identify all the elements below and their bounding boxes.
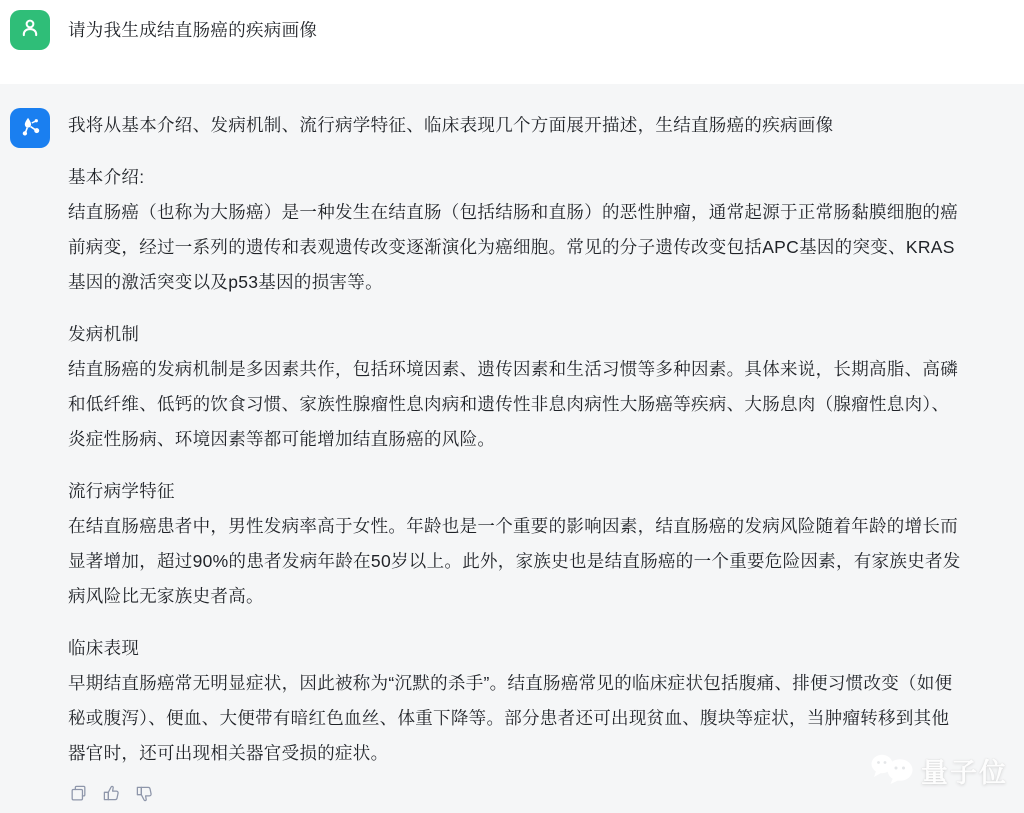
thumbs-up-icon bbox=[102, 784, 121, 806]
assistant-intro: 我将从基本介绍、发病机制、流行病学特征、临床表现几个方面展开描述，生结直肠癌的疾… bbox=[68, 108, 966, 143]
section-heading: 基本介绍: bbox=[68, 160, 966, 195]
section-heading: 发病机制 bbox=[68, 317, 966, 352]
section-body: 结直肠癌（也称为大肠癌）是一种发生在结直肠（包括结肠和直肠）的恶性肿瘤，通常起源… bbox=[68, 195, 966, 300]
user-avatar bbox=[10, 10, 50, 50]
assistant-message-row: 我将从基本介绍、发病机制、流行病学特征、临床表现几个方面展开描述，生结直肠癌的疾… bbox=[0, 84, 1024, 813]
assistant-avatar bbox=[10, 108, 50, 148]
thumbs-up-button[interactable] bbox=[101, 785, 121, 805]
section-clinical: 临床表现 早期结直肠癌常无明显症状，因此被称为“沉默的杀手”。结直肠癌常见的临床… bbox=[68, 631, 966, 771]
chat-window: 请为我生成结直肠癌的疾病画像 我将从基本介绍、发病机制、流行病学特征、临床表现几… bbox=[0, 0, 1024, 813]
section-epidemiology: 流行病学特征 在结直肠癌患者中，男性发病率高于女性。年龄也是一个重要的影响因素，… bbox=[68, 474, 966, 614]
section-body: 在结直肠癌患者中，男性发病率高于女性。年龄也是一个重要的影响因素，结直肠癌的发病… bbox=[68, 509, 966, 614]
molecule-icon bbox=[17, 113, 43, 144]
person-icon bbox=[17, 15, 43, 46]
section-body: 早期结直肠癌常无明显症状，因此被称为“沉默的杀手”。结直肠癌常见的临床症状包括腹… bbox=[68, 666, 966, 771]
message-action-bar bbox=[68, 783, 966, 807]
section-heading: 流行病学特征 bbox=[68, 474, 966, 509]
assistant-message-content: 我将从基本介绍、发病机制、流行病学特征、临床表现几个方面展开描述，生结直肠癌的疾… bbox=[68, 108, 966, 807]
copy-icon bbox=[69, 784, 88, 806]
section-heading: 临床表现 bbox=[68, 631, 966, 666]
section-pathogenesis: 发病机制 结直肠癌的发病机制是多因素共作，包括环境因素、遗传因素和生活习惯等多种… bbox=[68, 317, 966, 457]
user-message-text: 请为我生成结直肠癌的疾病画像 bbox=[68, 19, 317, 41]
copy-button[interactable] bbox=[68, 785, 88, 805]
thumbs-down-button[interactable] bbox=[134, 785, 154, 805]
section-basic-intro: 基本介绍: 结直肠癌（也称为大肠癌）是一种发生在结直肠（包括结肠和直肠）的恶性肿… bbox=[68, 160, 966, 300]
user-message-row: 请为我生成结直肠癌的疾病画像 bbox=[0, 0, 1024, 84]
thumbs-down-icon bbox=[135, 784, 154, 806]
section-body: 结直肠癌的发病机制是多因素共作，包括环境因素、遗传因素和生活习惯等多种因素。具体… bbox=[68, 352, 966, 457]
